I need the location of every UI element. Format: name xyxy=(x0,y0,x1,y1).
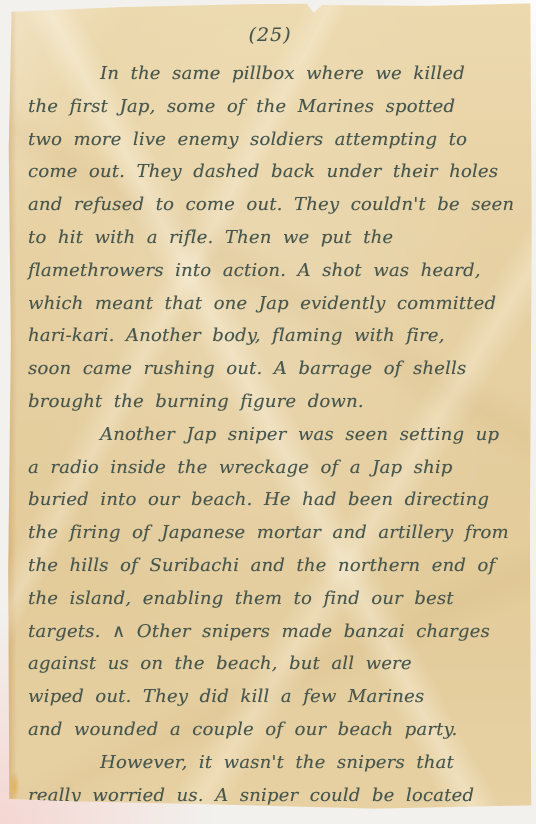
handwritten-text-block: In the same pillbox where we killed the … xyxy=(28,58,522,812)
paper-sheet: (25) In the same pillbox where we killed… xyxy=(8,3,532,811)
handwritten-line: the firing of Japanese mortar and artill… xyxy=(28,517,522,550)
handwritten-line: and refused to come out. They couldn't b… xyxy=(28,189,522,222)
handwritten-line: targets. ∧ Other snipers made banzai cha… xyxy=(28,616,522,649)
handwritten-line: come out. They dashed back under their h… xyxy=(28,156,522,189)
handwritten-line: the island, enabling them to find our be… xyxy=(28,583,522,616)
handwritten-line: which meant that one Jap evidently commi… xyxy=(28,288,522,321)
handwritten-line: buried into our beach. He had been direc… xyxy=(28,484,522,517)
handwritten-line: really worried us. A sniper could be loc… xyxy=(28,780,522,813)
handwritten-line: two more live enemy soldiers attempting … xyxy=(28,124,522,157)
handwritten-line: a radio inside the wreckage of a Jap shi… xyxy=(28,452,522,485)
page-number: (25) xyxy=(8,24,532,46)
handwritten-line: brought the burning figure down. xyxy=(28,386,522,419)
handwritten-line: to hit with a rifle. Then we put the xyxy=(28,222,522,255)
handwritten-line: the first Jap, some of the Marines spott… xyxy=(28,91,522,124)
handwritten-line: However, it wasn't the snipers that xyxy=(28,747,522,780)
handwritten-line: wiped out. They did kill a few Marines xyxy=(28,681,522,714)
paper-stain xyxy=(9,771,20,801)
handwritten-line: against us on the beach, but all were xyxy=(28,648,522,681)
handwritten-line: soon came rushing out. A barrage of shel… xyxy=(28,353,522,386)
handwritten-line: flamethrowers into action. A shot was he… xyxy=(28,255,522,288)
handwritten-line: hari-kari. Another body, flaming with fi… xyxy=(28,320,522,353)
handwritten-line: the hills of Suribachi and the northern … xyxy=(28,550,522,583)
handwritten-line: Another Jap sniper was seen setting up xyxy=(28,419,522,452)
handwritten-line: In the same pillbox where we killed xyxy=(28,58,522,91)
scan-background: { "colors": { "bg": "#f2f1ee", "paper": … xyxy=(0,0,536,824)
handwritten-line: and wounded a couple of our beach party. xyxy=(28,714,522,747)
